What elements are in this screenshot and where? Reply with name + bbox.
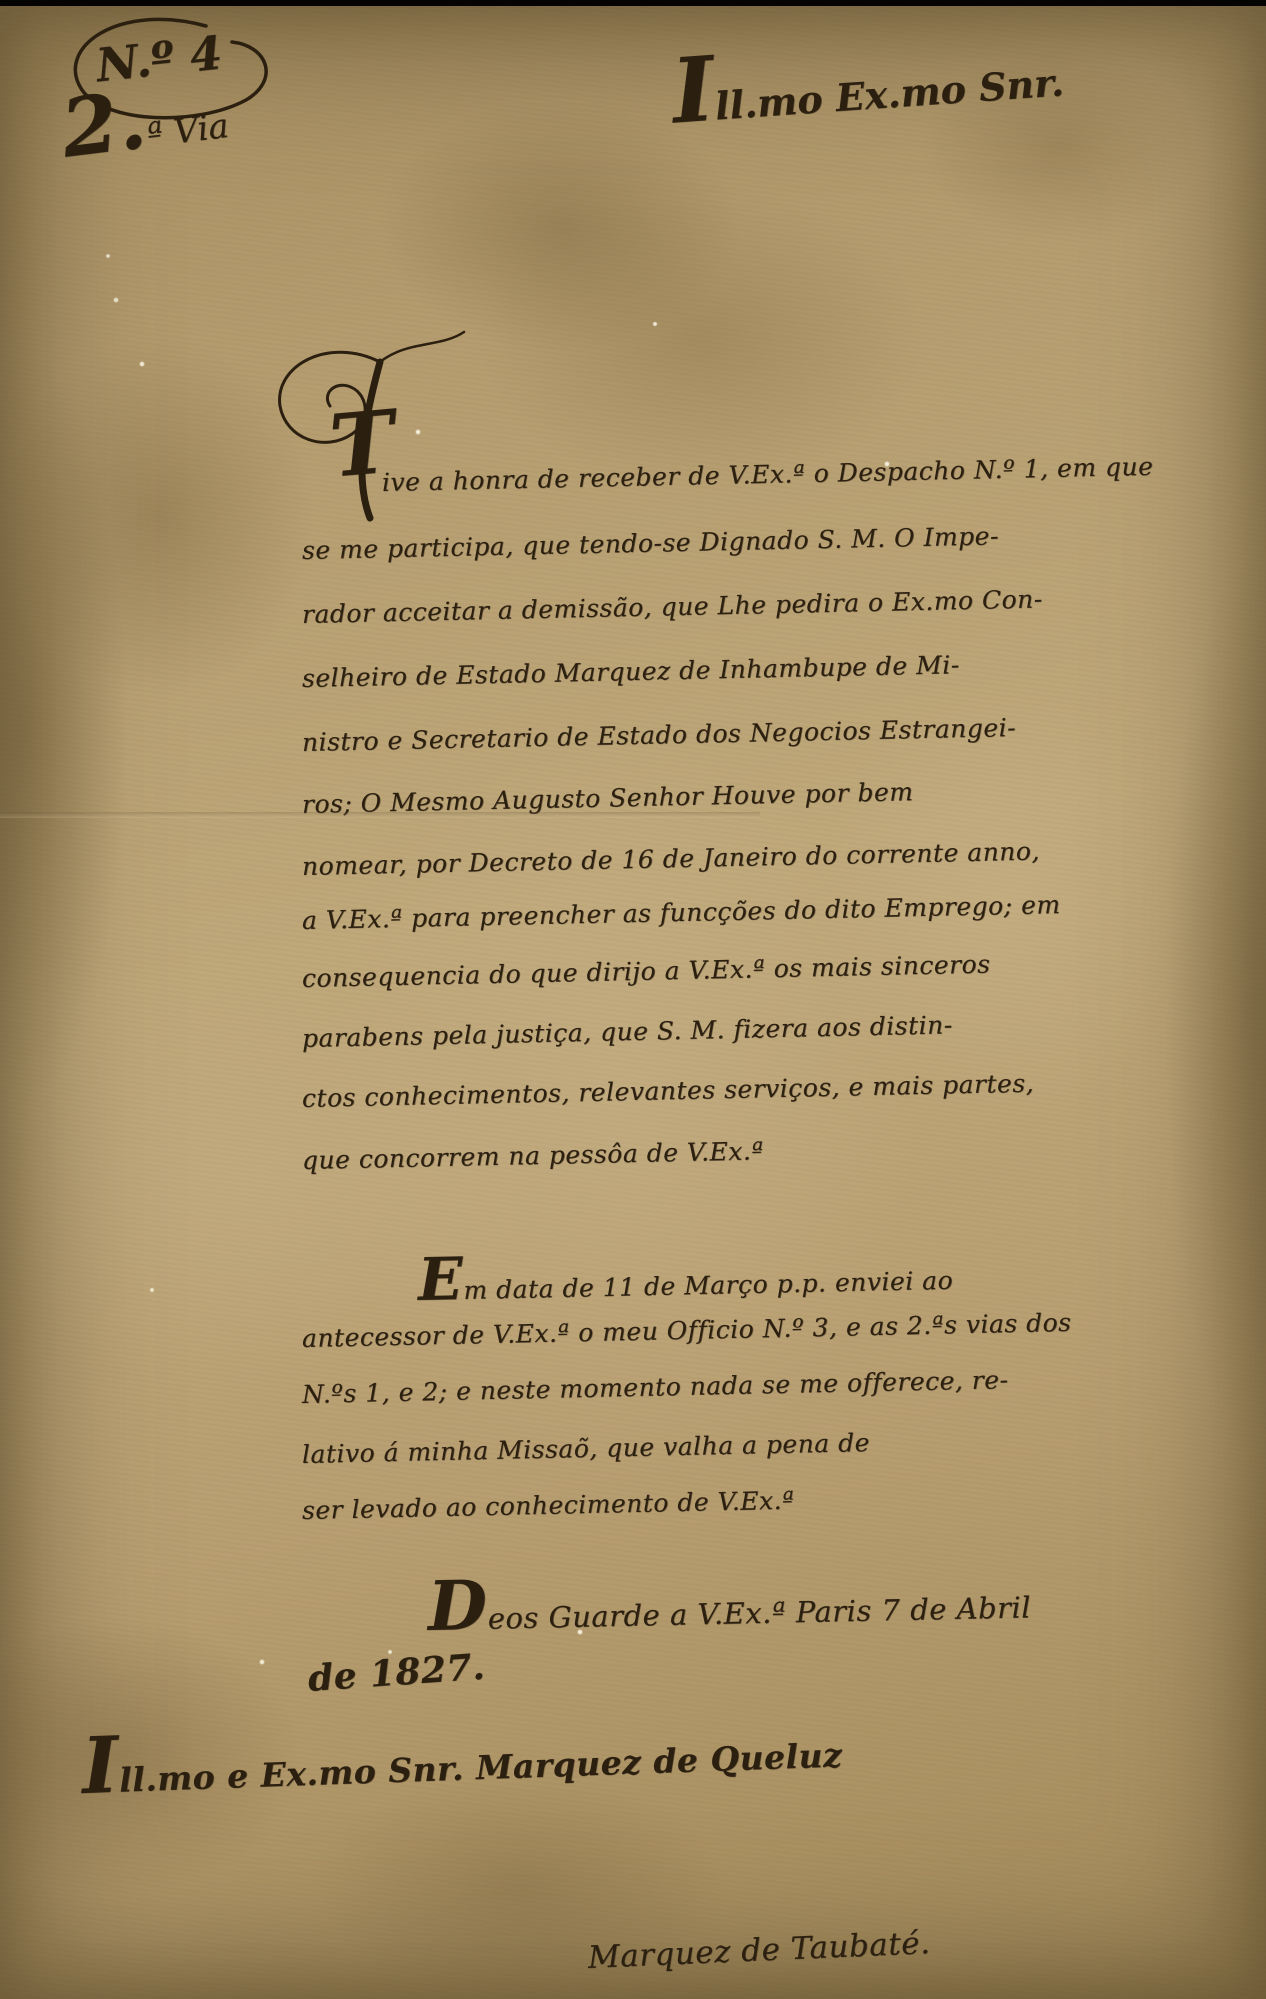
manuscript-line: nomear, por Decreto de 16 de Janeiro do … <box>302 837 1040 881</box>
manuscript-line: N.ºs 1, e 2; e neste momento nada se me … <box>302 1365 1009 1409</box>
manuscript-line: que concorrem na pessôa de V.Ex.ª <box>302 1136 764 1175</box>
manuscript-line: selheiro de Estado Marquez de Inhambupe … <box>302 650 960 693</box>
manuscript-line: ros; O Mesmo Augusto Senhor Houve por be… <box>302 777 914 819</box>
manuscript-line: a V.Ex.ª para preencher as funcções do d… <box>302 890 1061 935</box>
manuscript-line: consequencia do que dirijo a V.Ex.ª os m… <box>302 950 991 993</box>
salutation: Ill.mo Ex.mo Snr. <box>670 32 1065 131</box>
valediction-line: Deos Guarde a V.Ex.ª Paris 7 de Abril <box>427 1569 1031 1637</box>
manuscript-line: ive a honra de receber de V.Ex.ª o Despa… <box>382 452 1154 497</box>
manuscript-line: ser levado ao conhecimento de V.Ex.ª <box>302 1486 795 1525</box>
manuscript-line: Em data de 11 de Março p.p. enviei ao <box>417 1247 953 1306</box>
manuscript-line: lativo á minha Missaõ, que valha a pena … <box>302 1428 870 1469</box>
signature: Marquez de Taubaté. <box>587 1925 931 1976</box>
via-note: 2.ª Via <box>59 80 231 166</box>
manuscript-line: ctos conhecimentos, relevantes serviços,… <box>302 1069 1035 1113</box>
manuscript-line: parabens pela justiça, que S. M. fizera … <box>302 1010 953 1053</box>
dateline-year: de 1827. <box>307 1646 487 1700</box>
photo-backdrop: N.º 4 2.ª Via Ill.mo Ex.mo Snr. T ive a … <box>0 0 1266 1999</box>
manuscript-page: N.º 4 2.ª Via Ill.mo Ex.mo Snr. T ive a … <box>0 6 1266 1999</box>
address-line: Ill.mo e Ex.mo Snr. Marquez de Queluz <box>81 1711 843 1800</box>
manuscript-line: nistro e Secretario de Estado dos Negoci… <box>302 713 1017 757</box>
manuscript-line: se me participa, que tendo-se Dignado S.… <box>302 521 999 565</box>
manuscript-line: rador acceitar a demissão, que Lhe pedir… <box>302 584 1043 629</box>
manuscript-line: antecessor de V.Ex.ª o meu Officio N.º 3… <box>302 1308 1072 1353</box>
